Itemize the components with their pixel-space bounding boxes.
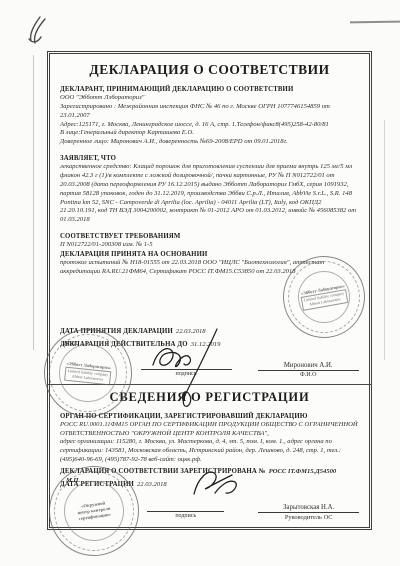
signatory-name-2: Зарытовская Н.А. — [258, 498, 359, 513]
mp-place-of-seal-mark-2: М.П. — [66, 477, 80, 484]
name-column-2: Зарытовская Н.А. Руководитель ОС — [258, 498, 359, 521]
signature-caption-2: подпись — [147, 513, 224, 519]
scan-artifact-line — [350, 21, 400, 23]
product-description: лекарственное средство: Клацид порошок д… — [60, 163, 359, 225]
declarant-registered: Зарегистрировано : Межрайонная инспекция… — [60, 103, 359, 121]
declarant-section: ДЕКЛАРАНТ, ПРИНИМАЮЩИЙ ДЕКЛАРАЦИЮ О СООТ… — [60, 85, 359, 147]
signature-column-2: подпись — [147, 498, 224, 521]
registration-date-value: 22.03.2018 — [137, 481, 167, 490]
declarant-heading: ДЕКЛАРАНТ, ПРИНИМАЮЩИЙ ДЕКЛАРАЦИЮ О СООТ… — [60, 85, 359, 94]
declarant-address: Адрес:125171, г. Москва, Ленинградское ш… — [60, 121, 359, 130]
name-caption: Ф.И.О — [258, 372, 360, 378]
scan-edge-line-left — [33, 55, 34, 350]
declares-section: ЗАЯВЛЯЕТ, ЧТО лекарственное средство: Кл… — [60, 154, 359, 225]
signatory-name: Миронович А.И. — [258, 356, 360, 371]
declarant-company: ООО "Эбботт Лэбораториз" — [60, 94, 359, 103]
handwritten-signature-mironovich — [137, 327, 249, 409]
document-title: ДЕКЛАРАЦИЯ О СООТВЕТСТВИИ — [60, 62, 359, 78]
pen-scribble-mark — [20, 14, 50, 50]
handwritten-signature-zarytovskaya — [184, 466, 246, 500]
abbott-stamp-text: «Эбботт Лабораториз» Limited liability c… — [299, 283, 349, 312]
name-caption-2: Руководитель ОС — [258, 514, 359, 521]
registration-number: РОСС IT.ФМ15.Д54500 — [269, 468, 336, 477]
conformity-heading: СООТВЕТСТВУЕТ ТРЕБОВАНИЯМ — [60, 232, 359, 241]
cert-body-address: адрес организации: 115280, г. Москва, ул… — [60, 438, 359, 464]
scan-edge-line-right — [384, 120, 385, 360]
declares-heading: ЗАЯВЛЯЕТ, ЧТО — [60, 154, 359, 163]
conformity-requirements: П N012722/01-200308 изм. № 1-5 — [60, 241, 359, 250]
declarant-trustee: Доверенное лицо: Миронович А.И., доверен… — [60, 138, 359, 147]
declarant-represented-by: В лице:Генеральный директор Карташева Е.… — [60, 129, 359, 138]
occk-stamp-text: «Окружной центр контроля сертификации» — [76, 500, 111, 522]
name-column: Миронович А.И. Ф.И.О — [258, 356, 360, 378]
cert-body-text: РОСС RU.0001.11ФМ15 ОРГАН ПО СЕРТИФИКАЦИ… — [60, 421, 359, 439]
mp-place-of-seal-mark: М.П. — [64, 340, 78, 347]
abbott-stamp-text-2: «Эбботт Лабораториз» Limited liability c… — [64, 360, 113, 386]
scanned-declaration-page: ДЕКЛАРАЦИЯ О СООТВЕТСТВИИ ДЕКЛАРАНТ, ПРИ… — [0, 0, 400, 566]
